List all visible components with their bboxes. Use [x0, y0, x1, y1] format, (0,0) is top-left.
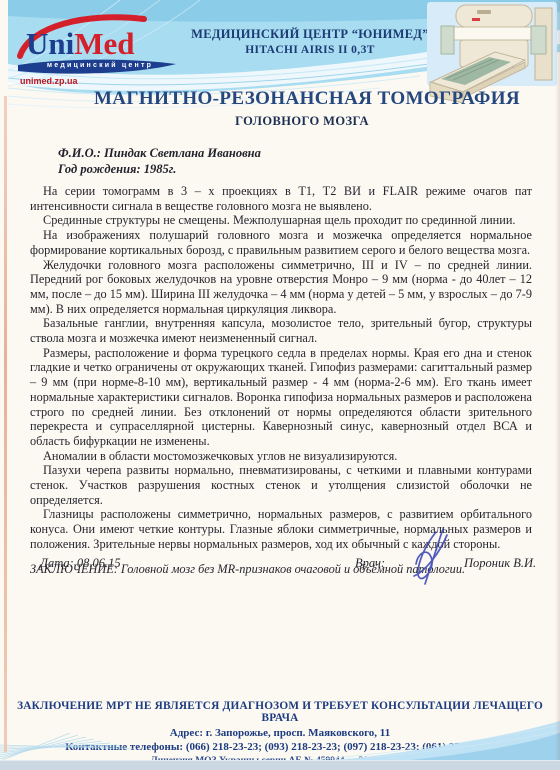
- scan-edge-right: [555, 0, 560, 770]
- scan-edge-bottom: [0, 760, 560, 770]
- logo-tagline: медицинский центр: [30, 62, 170, 69]
- logo-website: unimed.zp.ua: [20, 76, 78, 86]
- patient-info: Ф.И.О.: Пиндак Светлана Ивановна Год рож…: [58, 145, 261, 177]
- report-paragraph: Срединные структуры не смещены. Межполуш…: [30, 213, 532, 228]
- scan-edge-left: [4, 96, 7, 752]
- document-title: МАГНИТНО-РЕЗОНАНСНАЯ ТОМОГРАФИЯ: [27, 88, 560, 110]
- report-paragraph: Аномалии в области мостомозжечковых угло…: [30, 449, 532, 464]
- letterhead-footer: ЗАКЛЮЧЕНИЕ МРТ НЕ ЯВЛЯЕТСЯ ДИАГНОЗОМ И Т…: [0, 700, 560, 766]
- doctor-signature-icon: [406, 526, 458, 588]
- document-page: UniMed медицинский центр unimed.zp.ua МЕ…: [0, 0, 560, 770]
- footer-phones: Контактные телефоны: (066) 218-23-23; (0…: [0, 741, 560, 753]
- report-paragraph: На изображениях полушарий головного мозг…: [30, 228, 532, 257]
- doctor-label: Врач:: [355, 556, 385, 571]
- report-paragraph: Пазухи черепа развиты нормально, пневмат…: [30, 463, 532, 507]
- doctor-name: Пороник В.И.: [464, 556, 536, 571]
- footer-address: Адрес: г. Запорожье, просп. Маяковского,…: [0, 727, 560, 739]
- report-paragraph: Размеры, расположение и форма турецкого …: [30, 346, 532, 449]
- report-paragraph: Базальные ганглии, внутренняя капсула, м…: [30, 316, 532, 345]
- document-subtitle: ГОЛОВНОГО МОЗГА: [22, 114, 560, 129]
- patient-birth-year: Год рождения: 1985г.: [58, 161, 261, 177]
- footer-disclaimer: ЗАКЛЮЧЕНИЕ МРТ НЕ ЯВЛЯЕТСЯ ДИАГНОЗОМ И Т…: [0, 700, 560, 724]
- report-paragraph: На серии томограмм в 3 – х проекциях в Т…: [30, 184, 532, 213]
- report-body: На серии томограмм в 3 – х проекциях в Т…: [30, 184, 532, 576]
- patient-name: Ф.И.О.: Пиндак Светлана Ивановна: [58, 145, 261, 161]
- report-date: Дата: 08.06.15: [40, 556, 121, 571]
- report-paragraph: Желудочки головного мозга расположены си…: [30, 258, 532, 317]
